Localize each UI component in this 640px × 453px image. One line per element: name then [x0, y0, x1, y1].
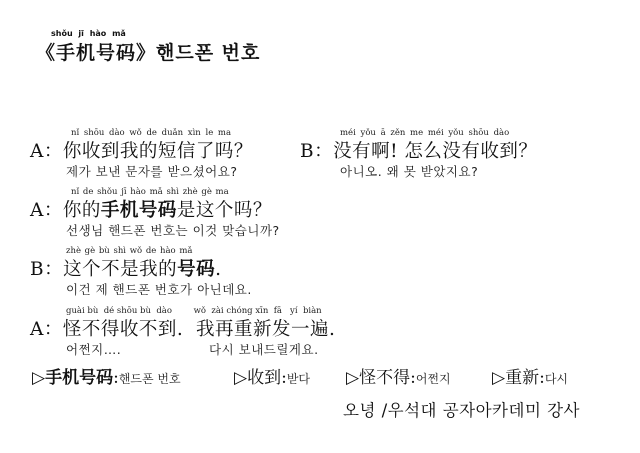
- vocab-item: ▷怪不得:어쩐지: [346, 363, 451, 388]
- dialogue-line: A：你的手机号码是这个吗？: [30, 196, 272, 222]
- speaker-label: A：: [30, 200, 63, 221]
- chinese-keyword: 号码: [177, 259, 215, 280]
- korean-translation: 어쩐지….: [66, 340, 121, 358]
- triangle-icon: ▷: [492, 368, 505, 388]
- chinese-sentence-post: 是这个吗？: [177, 200, 272, 221]
- chinese-sentence-pre: 你的: [63, 200, 101, 221]
- author-credit: 오녕 /우석대 공자아카데미 강사: [343, 397, 580, 421]
- title-pinyin: shǒu jī hào mǎ: [51, 29, 126, 38]
- korean-translation: 아니오. 왜 못 받았지요?: [340, 162, 478, 180]
- chinese-sentence-post: .: [215, 259, 221, 280]
- page-title: 《手机号码》핸드폰 번호: [36, 38, 260, 65]
- vocab-meaning: 어쩐지: [416, 372, 451, 386]
- triangle-icon: ▷: [346, 368, 359, 388]
- vocab-item: ▷手机号码:핸드폰 번호: [32, 363, 181, 388]
- vocab-meaning: 다시: [545, 372, 568, 386]
- chinese-keyword: 手机号码: [101, 200, 177, 221]
- triangle-icon: ▷: [234, 368, 247, 388]
- dialogue-line: A：你收到我的短信了吗？: [30, 137, 253, 163]
- speaker-label: A：: [30, 319, 63, 340]
- vocab-meaning: 핸드폰 번호: [119, 372, 181, 386]
- speaker-label: B：: [30, 259, 63, 280]
- chinese-sentence: 你收到我的短信了吗？: [63, 141, 253, 162]
- korean-translation: 제가 보낸 문자를 받으셨어요?: [66, 162, 237, 180]
- vocab-meaning: 받다: [287, 372, 310, 386]
- speaker-label: A：: [30, 141, 63, 162]
- triangle-icon: ▷: [32, 368, 45, 388]
- vocab-word: 怪不得: [359, 368, 410, 388]
- chinese-sentence: 怪不得收不到. 我再重新发一遍.: [63, 319, 336, 340]
- dialogue-line: B：这个不是我的号码.: [30, 255, 222, 281]
- chinese-sentence: 没有啊! 怎么没有收到？: [333, 141, 537, 162]
- vocab-item: ▷重新:다시: [492, 363, 568, 388]
- vocab-item: ▷收到:받다: [234, 363, 310, 388]
- chinese-sentence-pre: 这个不是我的: [63, 259, 177, 280]
- korean-translation: 선생님 핸드폰 번호는 이것 맞습니까?: [66, 221, 280, 239]
- vocab-word: 重新: [505, 368, 539, 388]
- dialogue-line: B：没有啊! 怎么没有收到？: [300, 137, 537, 163]
- dialogue-line: A：怪不得收不到. 我再重新发一遍.: [30, 315, 335, 341]
- vocab-word: 手机号码: [45, 368, 113, 388]
- speaker-label: B：: [300, 141, 333, 162]
- korean-translation: 다시 보내드릴게요.: [209, 340, 319, 358]
- vocab-word: 收到: [247, 368, 281, 388]
- korean-translation: 이건 제 핸드폰 번호가 아닌데요.: [66, 280, 252, 298]
